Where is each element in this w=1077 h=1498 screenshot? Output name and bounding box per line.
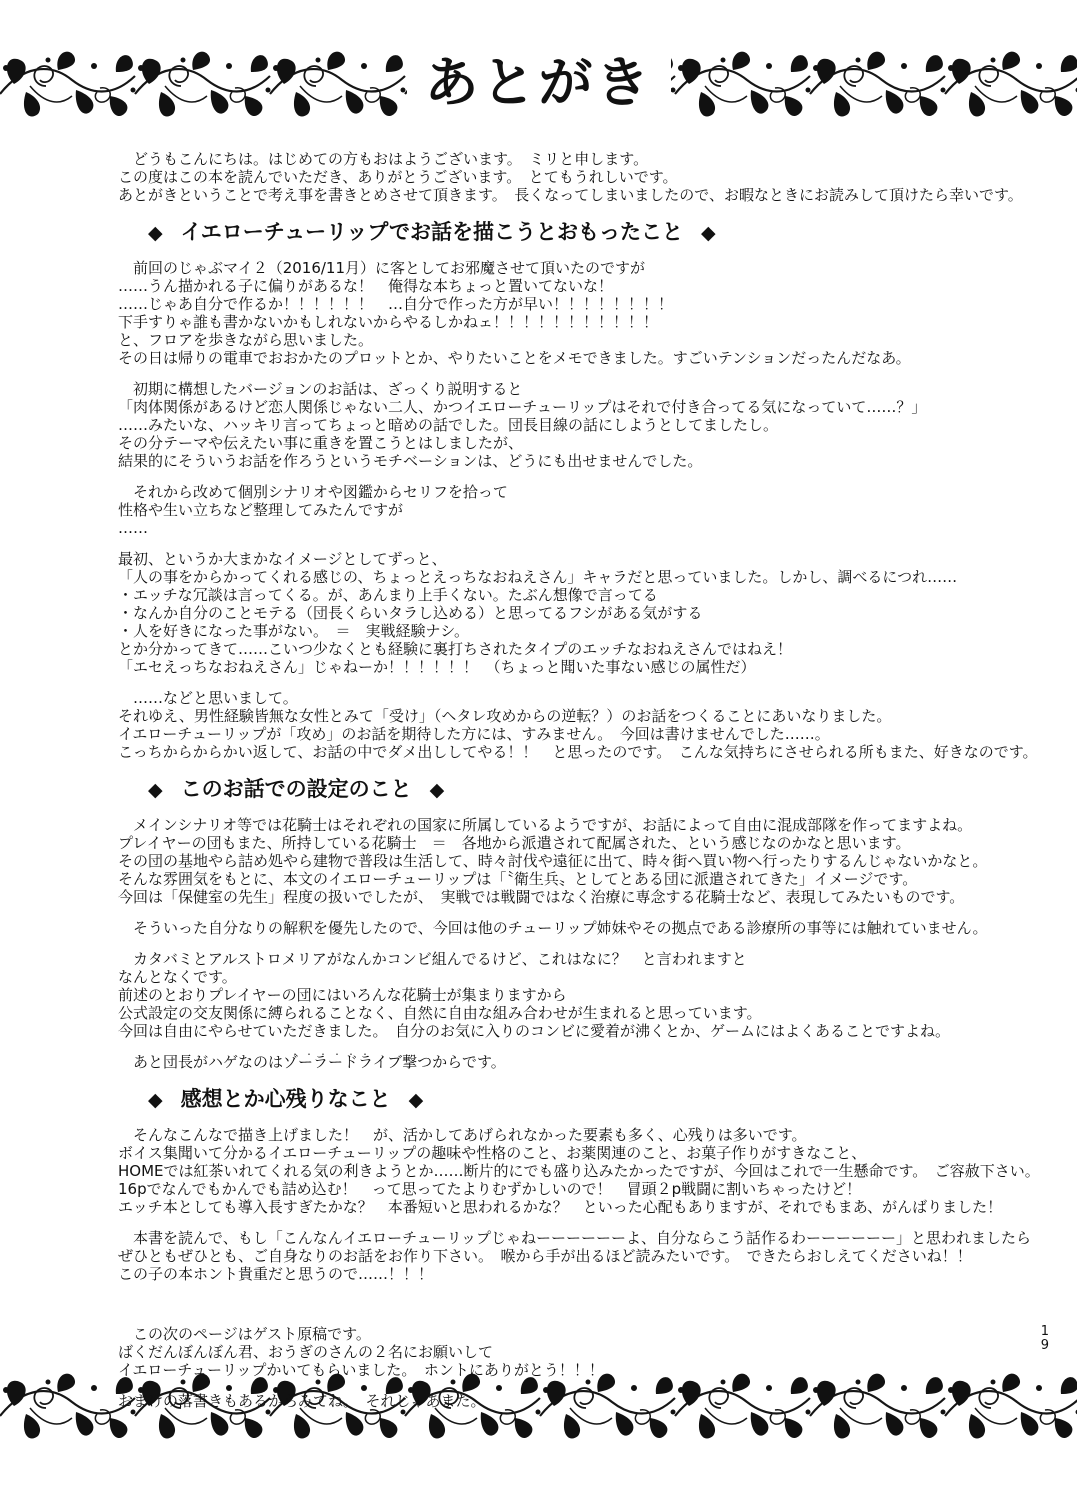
solar-drive-word: ゾーラードライブ・・・・・・ [283,1053,402,1071]
diamond-icon: ◆ [148,779,163,801]
paragraph: それから改めて個別シナリオや図鑑からセリフを拾って 性格や生い立ちなど整理してみ… [118,483,1058,537]
text-line: 結果的にそういうお話を作ろうというモチベーションは、どうにも出せませんでした。 [118,452,1058,470]
solar-line-post: 撃つからです。 [402,1053,506,1071]
diamond-icon: ◆ [409,1089,424,1111]
text-line: 初期に構想したバージョンのお話は、ざっくり説明すると [118,380,1058,398]
text-line: ぜひともぜひとも、ご自身なりのお話をお作り下さい。 喉から手が出るほど読みたいで… [118,1247,1058,1265]
text-line: おまけの落書きもあるからみてね。 それじゃあまた。 [118,1392,1058,1410]
text-line: エッチ本としても導入長すぎたかな？ 本番短いと思われるかな？ といった心配もあり… [118,1198,1058,1216]
text-line: メインシナリオ等では花騎士はそれぞれの国家に所属しているようですが、お話によって… [118,816,1058,834]
text-line: とか分かってきて……こいつ少なくとも経験に裏打ちされたタイプのエッチなおねえさん… [118,640,1058,658]
text-line: この次のページはゲスト原稿です。 [118,1325,1058,1343]
paragraph: そんなこんなで描き上げました！ が、活かしてあげられなかった要素も多く、心残りは… [118,1126,1058,1216]
text-line: …… [118,519,1058,537]
paragraph: 前回のじゃぶマイ２（2016/11月）に客としてお邪魔させて頂いたのですが ……… [118,259,1058,367]
solar-drive-ruby-marks: ・・・・・・ [291,1046,375,1064]
text-line: 前述のとおりプレイヤーの団にはいろんな花騎士が集まりますから [118,986,1058,1004]
text-line: 最初、というか大まかなイメージとしてずっと、 [118,550,1058,568]
paragraph: そういった自分なりの解釈を優先したので、今回は他のチューリップ姉妹やその拠点であ… [118,919,1058,937]
section-heading-setting: ◆このお話での設定のこと◆ [148,777,1058,802]
text-line: この度はこの本を読んでいただき、ありがとうございます。 とてもうれしいです。 [118,168,1058,186]
text-line: その分テーマや伝えたい事に重きを置こうとはしましたが、 [118,434,1058,452]
text-line: それから改めて個別シナリオや図鑑からセリフを拾って [118,483,1058,501]
text-line: ……みたいな、ハッキリ言ってちょっと暗めの話でした。団長目線の話にしようとしてま… [118,416,1058,434]
text-line: 下手すりゃ誰も書かないかもしれないからやるしかねェ！！！！！！！！！！！ [118,313,1058,331]
section-heading-text: このお話での設定のこと [181,777,412,801]
text-line: 今回は「保健室の先生」程度の扱いでしたが、 実戦では戦闘ではなく治療に専念する花… [118,888,1058,906]
text-line: ボイス集聞いて分かるイエローチューリップの趣味や性格のこと、お薬関連のこと、お菓… [118,1144,1058,1162]
text-line: あと団長がハゲなのはゾーラードライブ・・・・・・撃つからです。 [118,1053,1058,1071]
afterword-page: あとがき どうもこんにちは。はじめての方もおはようございます。 ミリと申します。… [0,0,1077,1498]
page-number: 1 9 [1041,1325,1049,1353]
text-line: 今回は自由にやらせていただきました。 自分のお気に入りのコンビに愛着が沸くとか、… [118,1022,1058,1040]
intro-paragraph: どうもこんにちは。はじめての方もおはようございます。 ミリと申します。 この度は… [118,150,1058,204]
text-line: それゆえ、男性経験皆無な女性とみて「受け」（ヘタレ攻めからの逆転？）のお話をつく… [118,707,1058,725]
text-line: ばくだんぼんぼん君、おうぎのさんの２名にお願いして [118,1343,1058,1361]
text-line: 「肉体関係があるけど恋人関係じゃない二人、かつイエローチューリップはそれで付き合… [118,398,1058,416]
text-line: イエローチューリップかいてもらいました。 ホントにありがとう！！！ [118,1361,1058,1379]
section-heading-text: イエローチューリップでお話を描こうとおもったこと [181,220,683,244]
text-line: ……うん描かれる子に偏りがあるな！ 俺得な本ちょっと置いてないな！ [118,277,1058,295]
text-line: 16pでなんでもかんでも詰め込む！ って思ってたよりむずかしいので！ 冒頭２p戦… [118,1180,1058,1198]
paragraph: ……などと思いまして。 それゆえ、男性経験皆無な女性とみて「受け」（ヘタレ攻めか… [118,689,1058,761]
text-line: そんな雰囲気をもとに、本文のイエローチューリップは「〝衛生兵〟としてとある団に派… [118,870,1058,888]
text-line: 公式設定の交友関係に縛られることなく、自然に自由な組み合わせが生まれると思ってい… [118,1004,1058,1022]
text-line: 「人の事をからかってくれる感じの、ちょっとえっちなおねえさん」キャラだと思ってい… [118,568,1058,586]
page-title: あとがき [407,40,671,126]
text-line: なんとなくです。 [118,968,1058,986]
text-line: そういった自分なりの解釈を優先したので、今回は他のチューリップ姉妹やその拠点であ… [118,919,1058,937]
section-heading-concept: ◆イエローチューリップでお話を描こうとおもったこと◆ [148,220,1058,245]
text-line: プレイヤーの団もまた、所持している花騎士 ＝ 各地から派遣されて配属された、とい… [118,834,1058,852]
closing-paragraph: おまけの落書きもあるからみてね。 それじゃあまた。 [118,1392,1058,1410]
text-line: ……じゃあ自分で作るか！！！！！！ …自分で作った方が早い！！！！！！！！ [118,295,1058,313]
diamond-icon: ◆ [148,222,163,244]
body-text: どうもこんにちは。はじめての方もおはようございます。 ミリと申します。 この度は… [118,150,1058,1423]
text-line: その日は帰りの電車でおおかたのプロットとか、やりたいことをメモできました。すごい… [118,349,1058,367]
text-line: 本書を読んで、もし「こんなんイエローチューリップじゃねーーーーーーよ、自分ならこ… [118,1229,1058,1247]
text-line: この子の本ホント貴重だと思うので……！！！ [118,1265,1058,1283]
diamond-icon: ◆ [148,1089,163,1111]
text-line: そんなこんなで描き上げました！ が、活かしてあげられなかった要素も多く、心残りは… [118,1126,1058,1144]
paragraph-solar-drive: あと団長がハゲなのはゾーラードライブ・・・・・・撃つからです。 [118,1053,1058,1071]
text-line: こっちからからかい返して、お話の中でダメ出ししてやる！！ と思ったのです。 こん… [118,743,1058,761]
text-line: 性格や生い立ちなど整理してみたんですが [118,501,1058,519]
text-line: イエローチューリップが「攻め」のお話を期待した方には、すみません。 今回は書けま… [118,725,1058,743]
page-number-digit: 1 [1041,1325,1049,1339]
text-line: と、フロアを歩きながら思いました。 [118,331,1058,349]
text-line: 前回のじゃぶマイ２（2016/11月）に客としてお邪魔させて頂いたのですが [118,259,1058,277]
page-number-digit: 9 [1041,1339,1049,1353]
text-line: カタバミとアルストロメリアがなんかコンビ組んでるけど、これはなに？ と言われます… [118,950,1058,968]
diamond-icon: ◆ [701,222,716,244]
paragraph: 初期に構想したバージョンのお話は、ざっくり説明すると 「肉体関係があるけど恋人関… [118,380,1058,470]
text-line: HOMEでは紅茶いれてくれる気の利きようとか……断片的にでも盛り込みたかったです… [118,1162,1058,1180]
text-line: ・人を好きになった事がない。 ＝ 実戦経験ナシ。 [118,622,1058,640]
text-line: ……などと思いまして。 [118,689,1058,707]
guest-page-paragraph: この次のページはゲスト原稿です。 ばくだんぼんぼん君、おうぎのさんの２名にお願い… [118,1325,1058,1379]
text-line: ・なんか自分のことモテる（団長くらいタラし込める）と思ってるフシがある気がする [118,604,1058,622]
diamond-icon: ◆ [430,779,445,801]
text-line: 「エセえっちなおねえさん」じゃねーか！！！！！！ （ちょっと聞いた事ない感じの属… [118,658,1058,676]
paragraph: カタバミとアルストロメリアがなんかコンビ組んでるけど、これはなに？ と言われます… [118,950,1058,1040]
text-line: どうもこんにちは。はじめての方もおはようございます。 ミリと申します。 [118,150,1058,168]
section-heading-impressions: ◆感想とか心残りなこと◆ [148,1087,1058,1112]
paragraph: 本書を読んで、もし「こんなんイエローチューリップじゃねーーーーーーよ、自分ならこ… [118,1229,1058,1283]
paragraph: メインシナリオ等では花騎士はそれぞれの国家に所属しているようですが、お話によって… [118,816,1058,906]
solar-line-pre: あと団長がハゲなのは [118,1053,283,1071]
section-heading-text: 感想とか心残りなこと [181,1087,391,1111]
text-line: あとがきということで考え事を書きとめさせて頂きます。 長くなってしまいましたので… [118,186,1058,204]
paragraph: 最初、というか大まかなイメージとしてずっと、 「人の事をからかってくれる感じの、… [118,550,1058,676]
text-line: その団の基地やら詰め処やら建物で普段は生活して、時々討伐や遠征に出て、時々街へ買… [118,852,1058,870]
text-line: ・エッチな冗談は言ってくる。が、あんまり上手くない。たぶん想像で言ってる [118,586,1058,604]
